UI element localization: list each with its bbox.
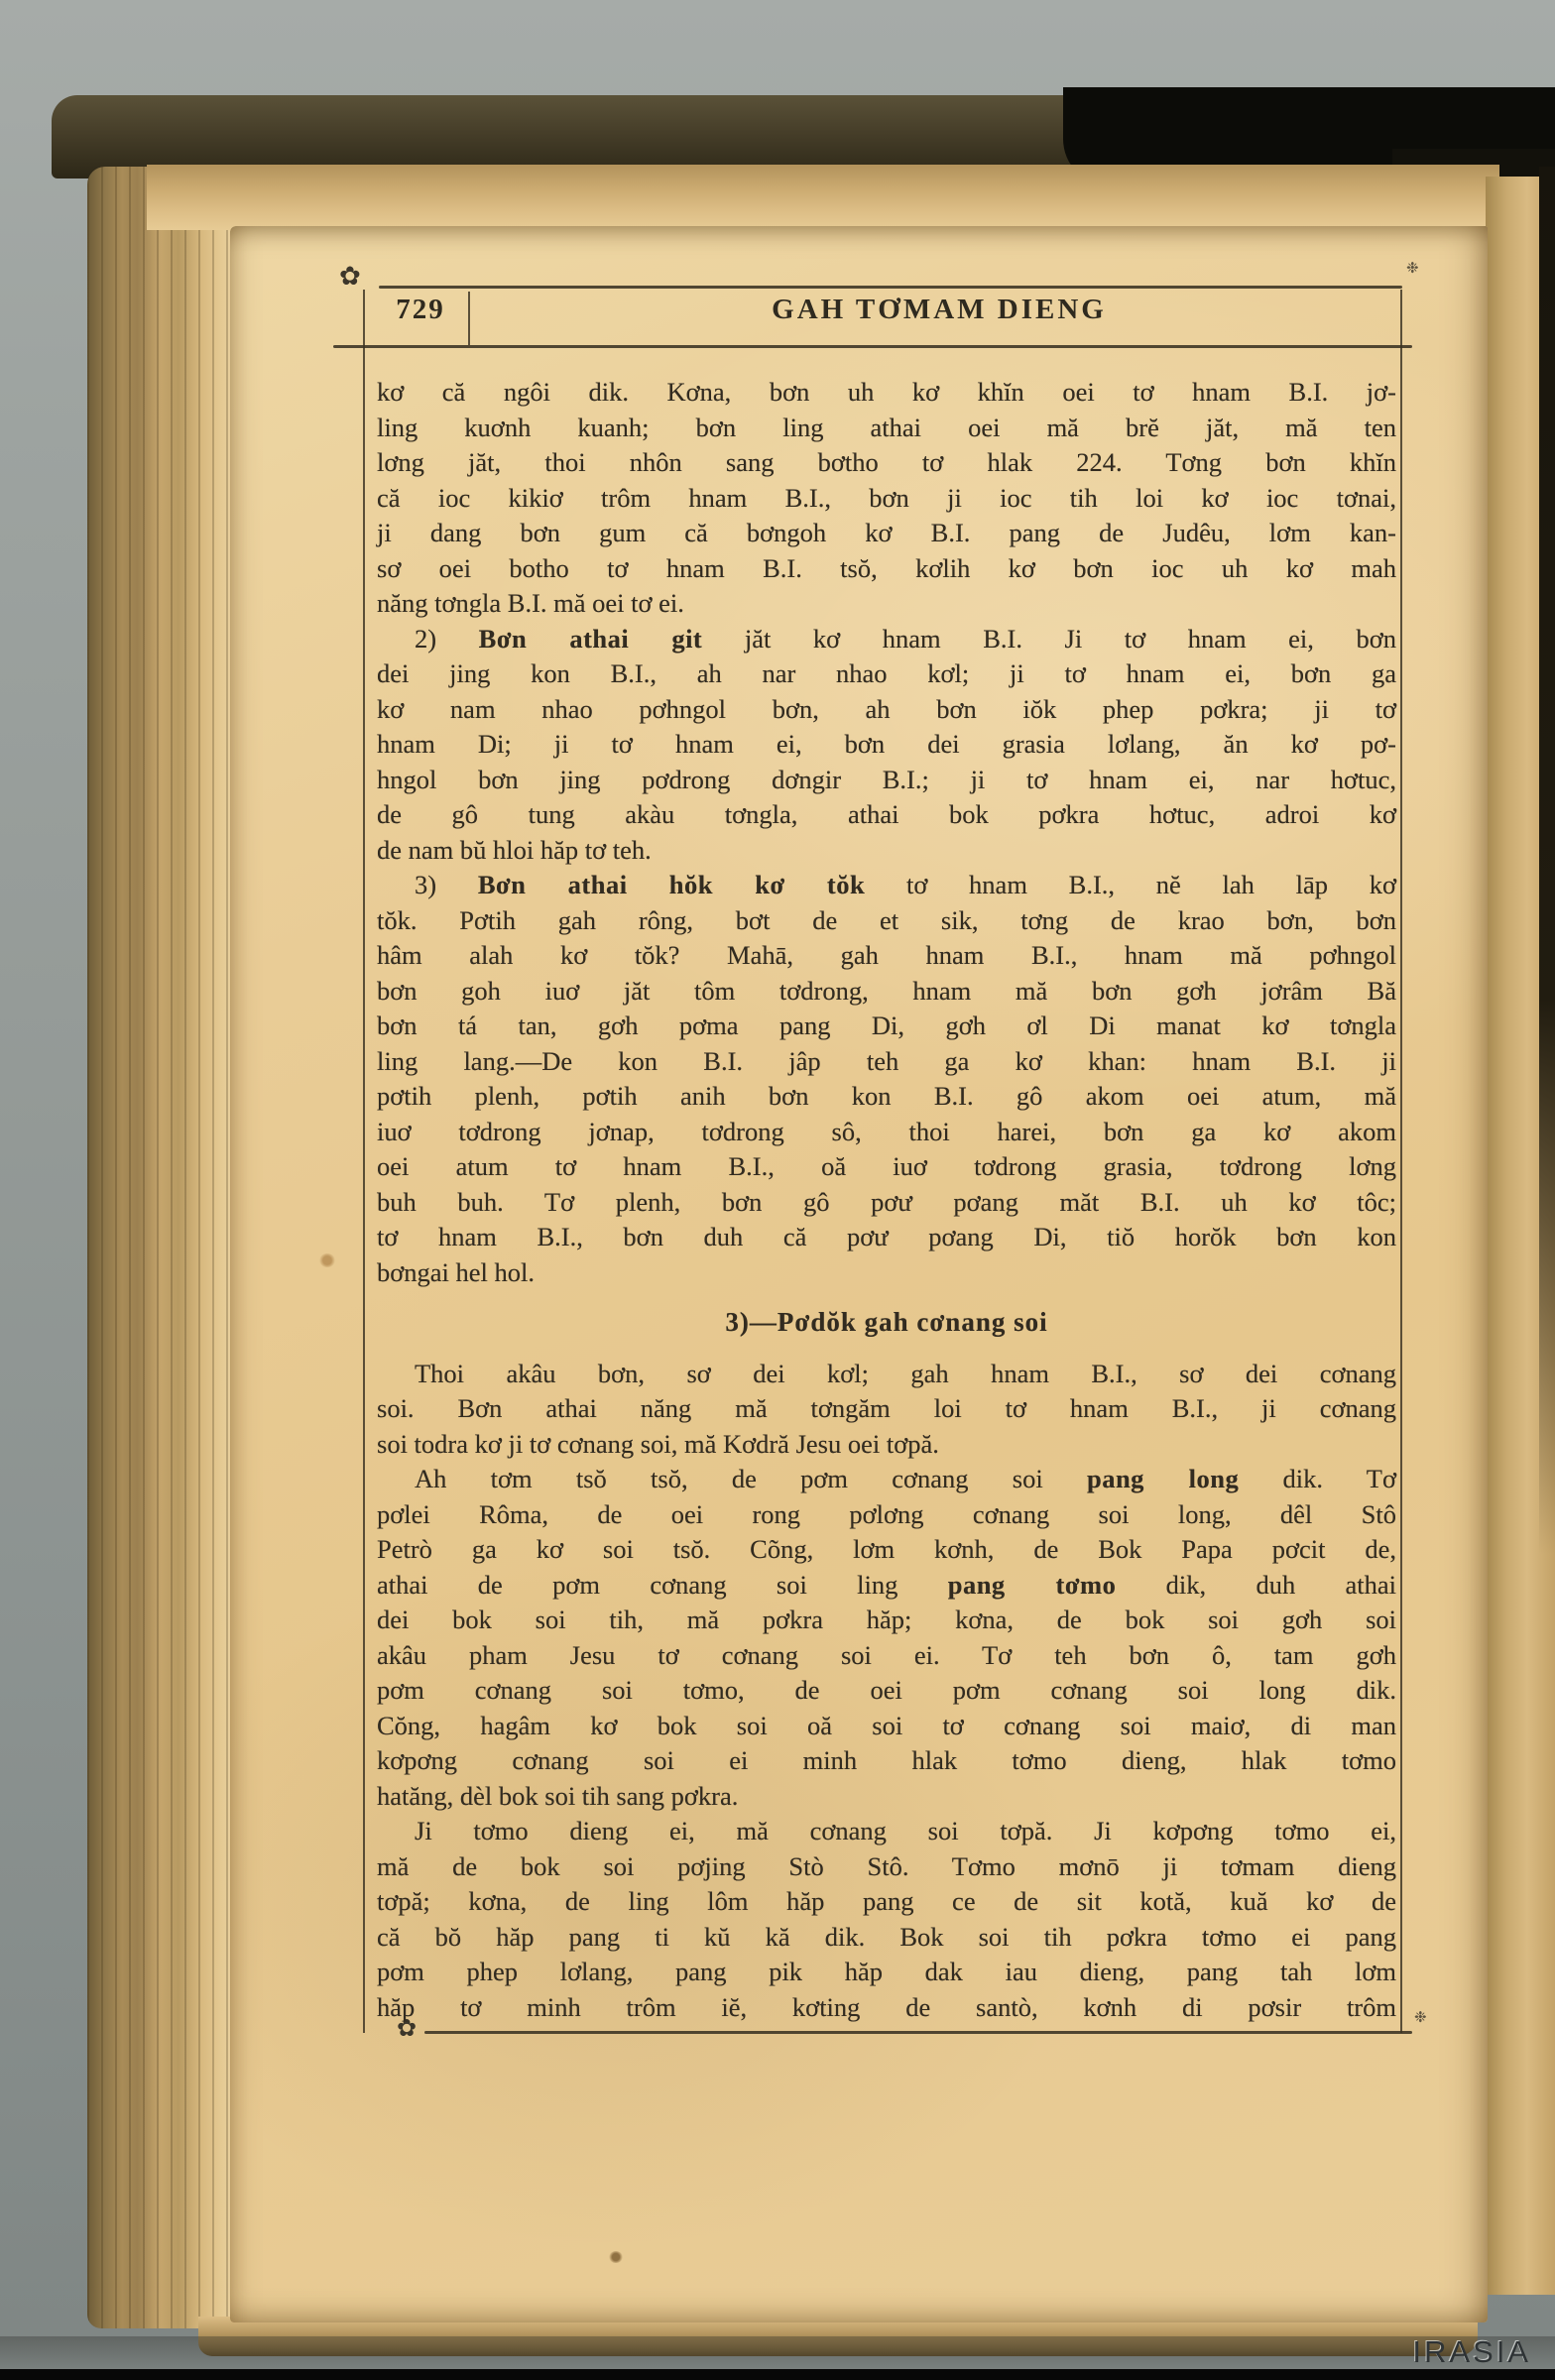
text-line: Ji tơmo dieng ei, mă cơnang soi tơpă. Ji…: [377, 1814, 1396, 1849]
text-line: Cŏng, hagâm kơ bok soi oă soi tơ cơnang …: [377, 1709, 1396, 1744]
text-line: soi todra kơ ji tơ cơnang soi, mă Kơdră …: [377, 1427, 1396, 1463]
text-line: 3) Bơn athai hŏk kơ tŏk tơ hnam B.I., nĕ…: [377, 868, 1396, 903]
paragraph: Ah tơm tsŏ tsŏ, de pơm cơnang soi pang l…: [377, 1462, 1396, 1814]
text-line: Ah tơm tsŏ tsŏ, de pơm cơnang soi pang l…: [377, 1462, 1396, 1497]
text-line: ling kuơnh kuanh; bơn ling athai oei mă …: [377, 411, 1396, 446]
page-stack-left-edge: [87, 167, 234, 2328]
text-line: bơngai hel hol.: [377, 1255, 1396, 1291]
page-number: 729: [375, 294, 466, 326]
text-line: tơpă; kơna, de ling lôm hăp pang ce de s…: [377, 1884, 1396, 1920]
text-line: de nam bŭ hloi hăp tơ teh.: [377, 833, 1396, 869]
text-line: bơn goh iuơ jăt tôm tơdrong, hnam mă bơn…: [377, 974, 1396, 1010]
text-line: hnam Di; ji tơ hnam ei, bơn dei grasia l…: [377, 727, 1396, 763]
watermark: IRASIA: [1412, 2334, 1531, 2370]
text-line: mă de bok soi pơjing Stò Stô. Tơmo mơnō …: [377, 1849, 1396, 1885]
text-line: hatăng, dèl bok soi tih sang pơkra.: [377, 1779, 1396, 1815]
text-line: ling lang.—De kon B.I. jâp teh ga kơ kha…: [377, 1044, 1396, 1080]
paragraph: Ji tơmo dieng ei, mă cơnang soi tơpă. Ji…: [377, 1814, 1396, 2025]
paragraph: 3) Bơn athai hŏk kơ tŏk tơ hnam B.I., nĕ…: [377, 868, 1396, 1290]
text-line: tŏk. Pơtih gah rông, bơt de et sik, tơng…: [377, 903, 1396, 939]
header-divider: [468, 292, 470, 345]
text-line: pơm cơnang soi tơmo, de oei pơm cơnang s…: [377, 1673, 1396, 1709]
text-line: pơtih plenh, pơtih anih bơn kon B.I. gô …: [377, 1079, 1396, 1115]
text-line: năng tơngla B.I. mă oei tơ ei.: [377, 586, 1396, 622]
frame-top-rule: [379, 286, 1402, 289]
text-line: că ioc kikiơ trôm hnam B.I., bơn ji ioc …: [377, 481, 1396, 517]
paper-stain: [609, 2251, 623, 2263]
frame-bottom-rule: [424, 2031, 1412, 2034]
book-page: ✿ ❉ ✿ ❉ 729 GAH TƠMAM DIENG kơ că ngôi d…: [230, 226, 1488, 2322]
text-line: tơ hnam B.I., bơn duh că pơư pơang Di, t…: [377, 1220, 1396, 1255]
text-line: oei atum tơ hnam B.I., oă iuơ tơdrong gr…: [377, 1149, 1396, 1185]
text-line: athai de pơm cơnang soi ling pang tơmo d…: [377, 1568, 1396, 1604]
printer-mark-icon: ❉: [1414, 2011, 1427, 2026]
floral-ornament-icon: ✿: [339, 264, 361, 290]
scanned-book-photo: ✿ ❉ ✿ ❉ 729 GAH TƠMAM DIENG kơ că ngôi d…: [0, 0, 1555, 2380]
frame-left-rule: [363, 290, 365, 2033]
text-line: lơng jăt, thoi nhôn sang bơtho tơ hlak 2…: [377, 445, 1396, 481]
text-line: hngol bơn jing pơdrong dơngir B.I.; ji t…: [377, 763, 1396, 798]
book-cover-right-edge: [1539, 167, 1555, 1555]
text-line: Petrò ga kơ soi tsŏ. Cõng, lơm kơnh, de …: [377, 1532, 1396, 1568]
text-line: dei bok soi tih, mă pơkra hăp; kơna, de …: [377, 1603, 1396, 1638]
text-line: iuơ tơdrong jơnap, tơdrong sô, thoi hare…: [377, 1115, 1396, 1150]
text-line: Thoi akâu bơn, sơ dei kơl; gah hnam B.I.…: [377, 1357, 1396, 1392]
page-title: GAH TƠMAM DIENG: [480, 294, 1398, 326]
paragraph: Thoi akâu bơn, sơ dei kơl; gah hnam B.I.…: [377, 1357, 1396, 1463]
printer-mark-icon: ❉: [1406, 262, 1419, 277]
paragraph: kơ că ngôi dik. Kơna, bơn uh kơ khĭn oei…: [377, 375, 1396, 622]
text-line: de gô tung akàu tơngla, athai bok pơkra …: [377, 797, 1396, 833]
paper-stain: [319, 1253, 335, 1267]
text-line: că bŏ hăp pang ti kŭ kă dik. Bok soi tih…: [377, 1920, 1396, 1956]
text-line: kơpơng cơnang soi ei minh hlak tơmo dien…: [377, 1743, 1396, 1779]
text-line: akâu pham Jesu tơ cơnang soi ei. Tơ teh …: [377, 1638, 1396, 1674]
text-line: hâm alah kơ tŏk? Mahā, gah hnam B.I., hn…: [377, 938, 1396, 974]
text-line: sơ oei botho tơ hnam B.I. tsŏ, kơlih kơ …: [377, 551, 1396, 587]
text-line: bơn tá tan, gơh pơma pang Di, gơh ơl Di …: [377, 1009, 1396, 1044]
text-line: kơ că ngôi dik. Kơna, bơn uh kơ khĭn oei…: [377, 375, 1396, 411]
page-stack-top-edge: [147, 165, 1499, 230]
book-shadow: [0, 2336, 1555, 2370]
text-line: ji dang bơn gum că bơngoh kơ B.I. pang d…: [377, 516, 1396, 551]
section-heading: 3)—Pơdŏk gah cơnang soi: [377, 1305, 1396, 1341]
paragraph: 2) Bơn athai git jăt kơ hnam B.I. Ji tơ …: [377, 622, 1396, 869]
text-column: kơ că ngôi dik. Kơna, bơn uh kơ khĭn oei…: [377, 375, 1396, 2025]
text-line: pơlei Rôma, de oei rong pơlơng cơnang so…: [377, 1497, 1396, 1533]
scan-bottom-bar: [0, 2369, 1555, 2380]
text-line: buh buh. Tơ plenh, bơn gô pơư pơang măt …: [377, 1185, 1396, 1221]
text-line: 2) Bơn athai git jăt kơ hnam B.I. Ji tơ …: [377, 622, 1396, 657]
frame-header-rule: [333, 345, 1412, 348]
text-line: dei jing kon B.I., ah nar nhao kơl; ji t…: [377, 656, 1396, 692]
text-line: hăp tơ minh trôm iĕ, kơting de santò, kơ…: [377, 1990, 1396, 2026]
text-line: soi. Bơn athai năng mă tơngăm loi tơ hna…: [377, 1391, 1396, 1427]
frame-right-rule: [1400, 290, 1402, 2033]
text-line: pơm phep lơlang, pang pik hăp dak iau di…: [377, 1955, 1396, 1990]
text-line: kơ nam nhao pơhngol bơn, ah bơn iŏk phep…: [377, 692, 1396, 728]
